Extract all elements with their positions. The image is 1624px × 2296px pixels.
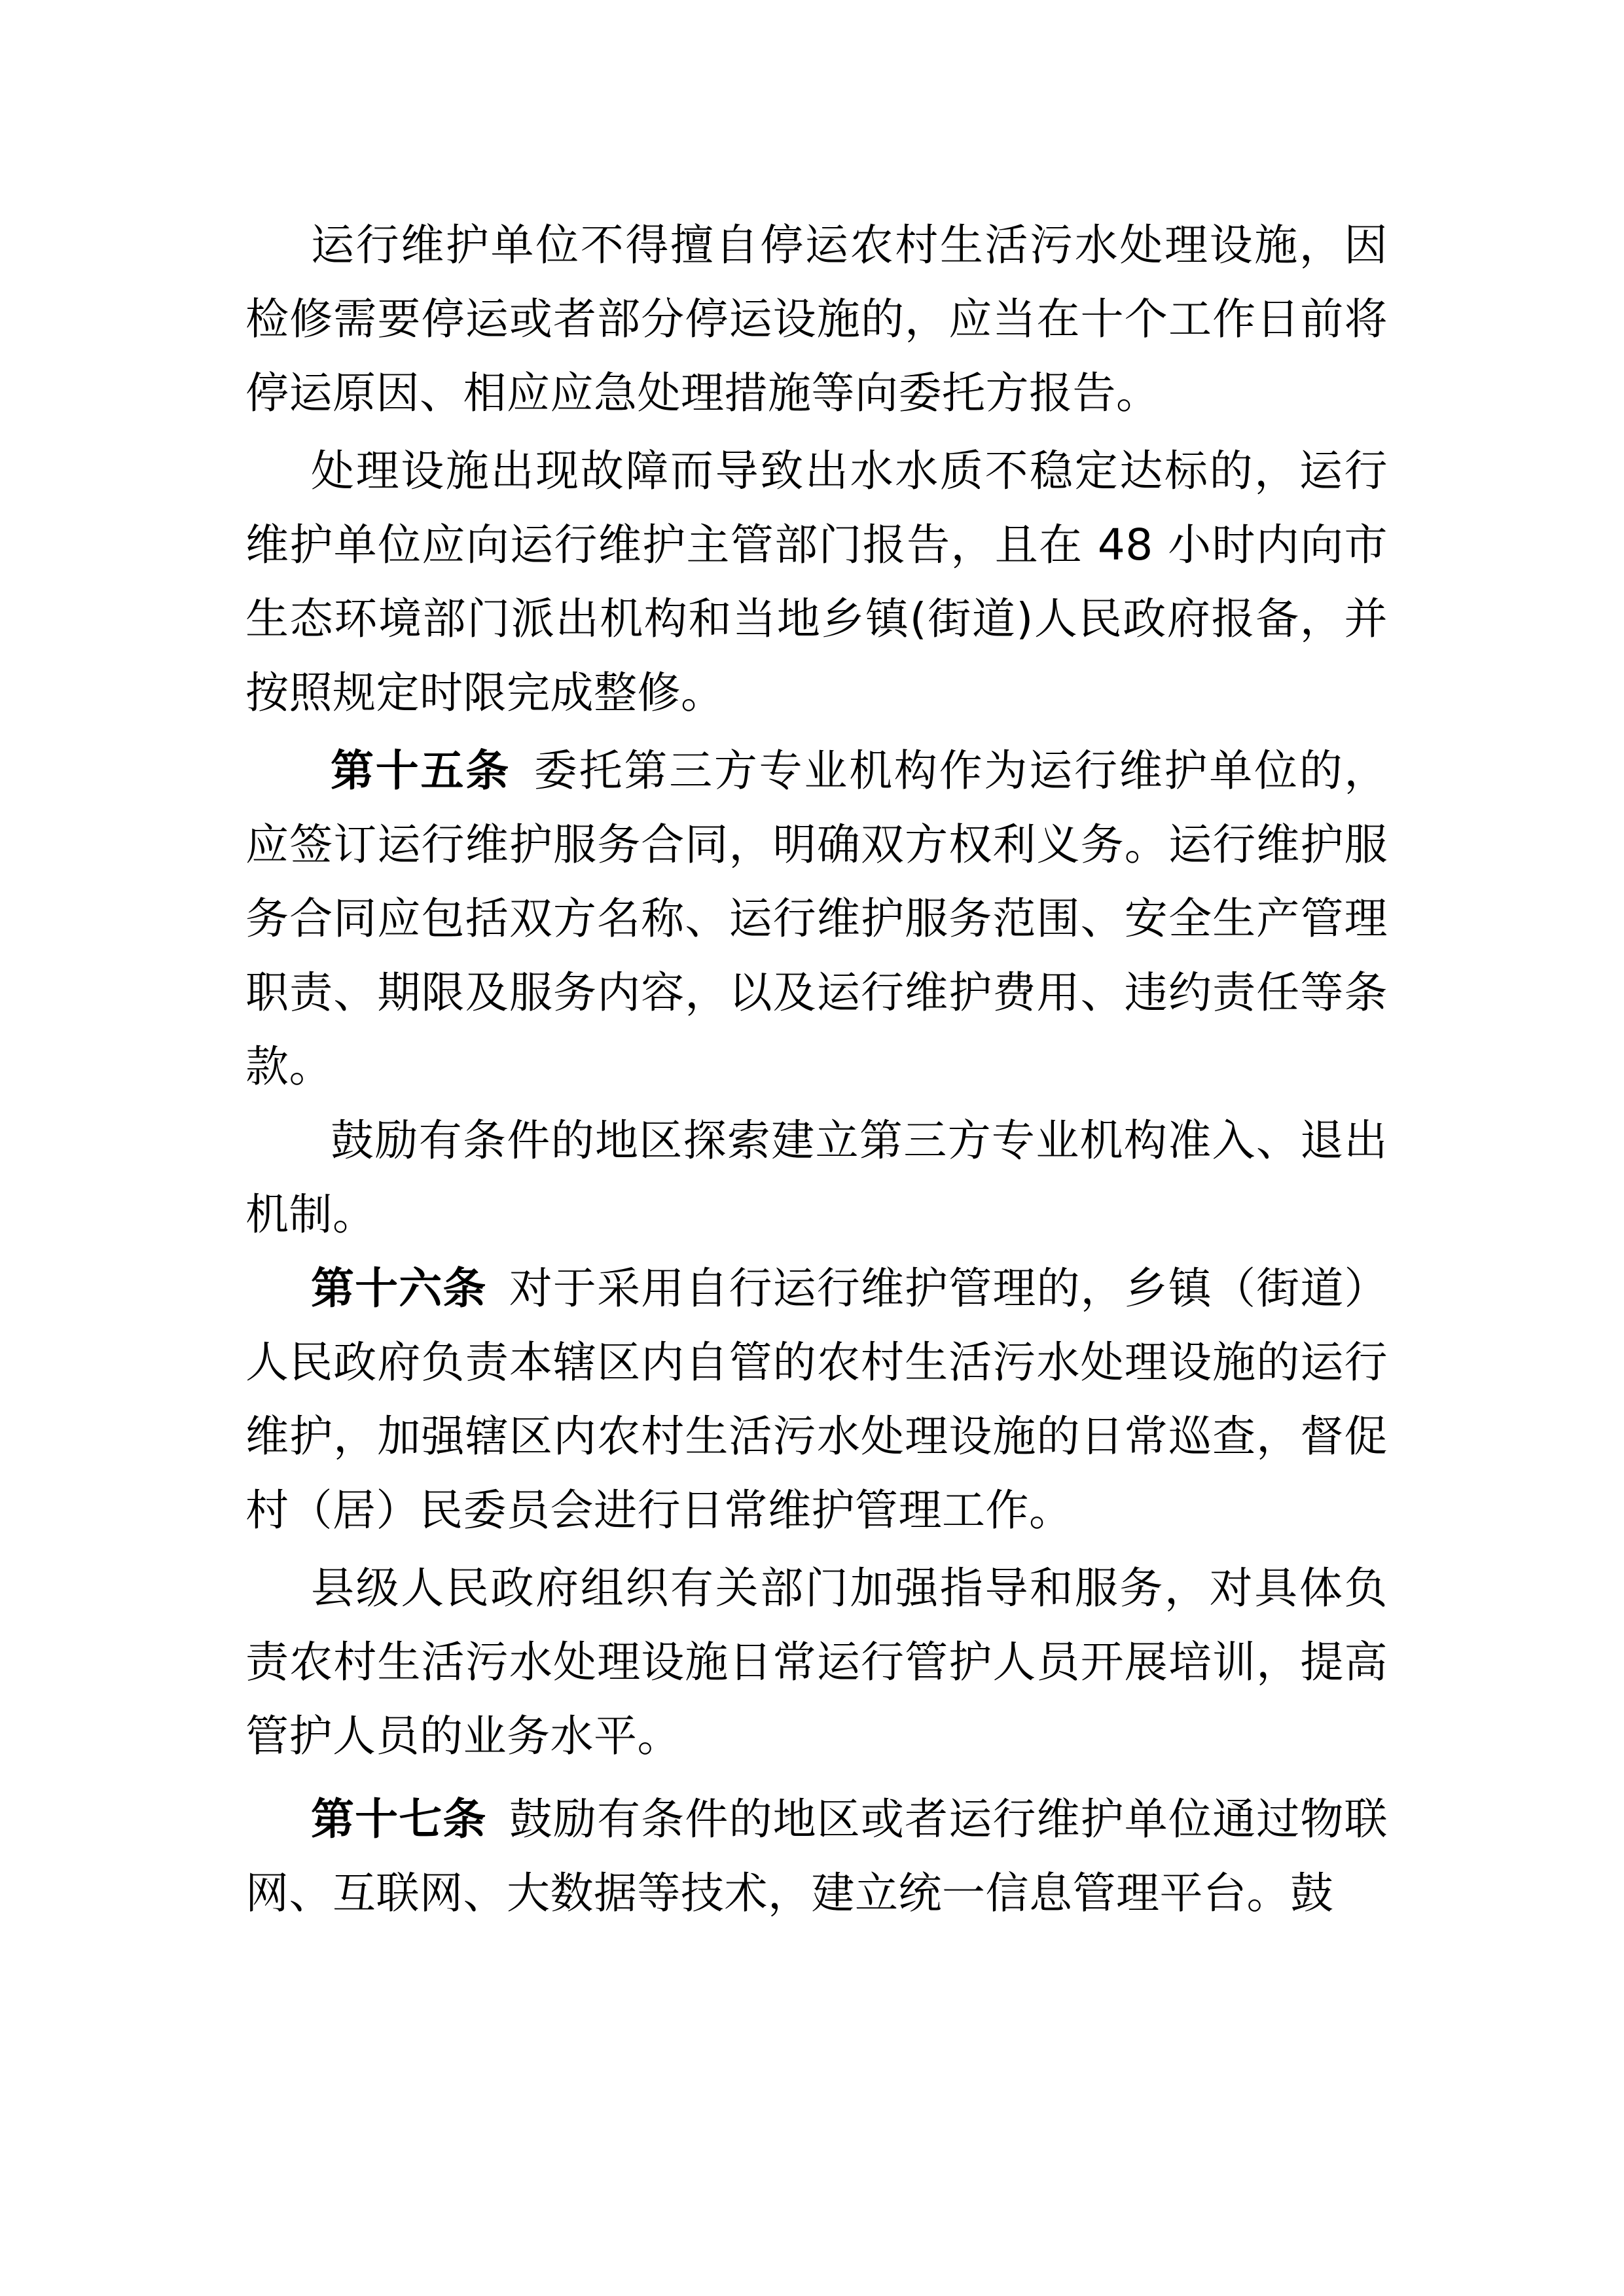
paragraph-text: 运行维护单位不得擅自停运农村生活污水处理设施，因检修需要停运或者部分停运设施的，… bbox=[245, 220, 1388, 418]
paragraph-text: 县级人民政府组织有关部门加强指导和服务，对具体负责农村生活污水处理设施日常运行管… bbox=[245, 1563, 1388, 1761]
paragraph-text: 鼓励有条件的地区探索建立第三方专业机构准入、退出机制。 bbox=[245, 1115, 1388, 1240]
article-16: 第十六条 对于采用自行运行维护管理的，乡镇（街道）人民政府负责本辖区内自管的农村… bbox=[245, 1251, 1388, 1547]
paragraph-third-party-mechanism: 鼓励有条件的地区探索建立第三方专业机构准入、退出机制。 bbox=[245, 1103, 1388, 1251]
article-17: 第十七条 鼓励有条件的地区或者运行维护单位通过物联网、互联网、大数据等技术，建立… bbox=[245, 1782, 1388, 1930]
article-number: 第十六条 bbox=[311, 1263, 487, 1314]
article-number: 第十五条 bbox=[331, 745, 511, 796]
article-15: 第十五条 委托第三方专业机构作为运行维护单位的，应签订运行维护服务合同，明确双方… bbox=[245, 734, 1388, 1103]
paragraph-county-training: 县级人民政府组织有关部门加强指导和服务，对具体负责农村生活污水处理设施日常运行管… bbox=[245, 1551, 1388, 1773]
paragraph-shutdown-reporting: 运行维护单位不得擅自停运农村生活污水处理设施，因检修需要停运或者部分停运设施的，… bbox=[245, 208, 1388, 430]
paragraph-text: 处理设施出现故障而导致出水水质不稳定达标的，运行维护单位应向运行维护主管部门报告… bbox=[245, 446, 1388, 718]
article-number: 第十七条 bbox=[311, 1794, 487, 1844]
paragraph-text: 委托第三方专业机构作为运行维护单位的，应签订运行维护服务合同，明确双方权利义务。… bbox=[245, 745, 1388, 1092]
paragraph-fault-reporting: 处理设施出现故障而导致出水水质不稳定达标的，运行维护单位应向运行维护主管部门报告… bbox=[245, 434, 1388, 730]
document-page: 运行维护单位不得擅自停运农村生活污水处理设施，因检修需要停运或者部分停运设施的，… bbox=[245, 208, 1388, 1930]
